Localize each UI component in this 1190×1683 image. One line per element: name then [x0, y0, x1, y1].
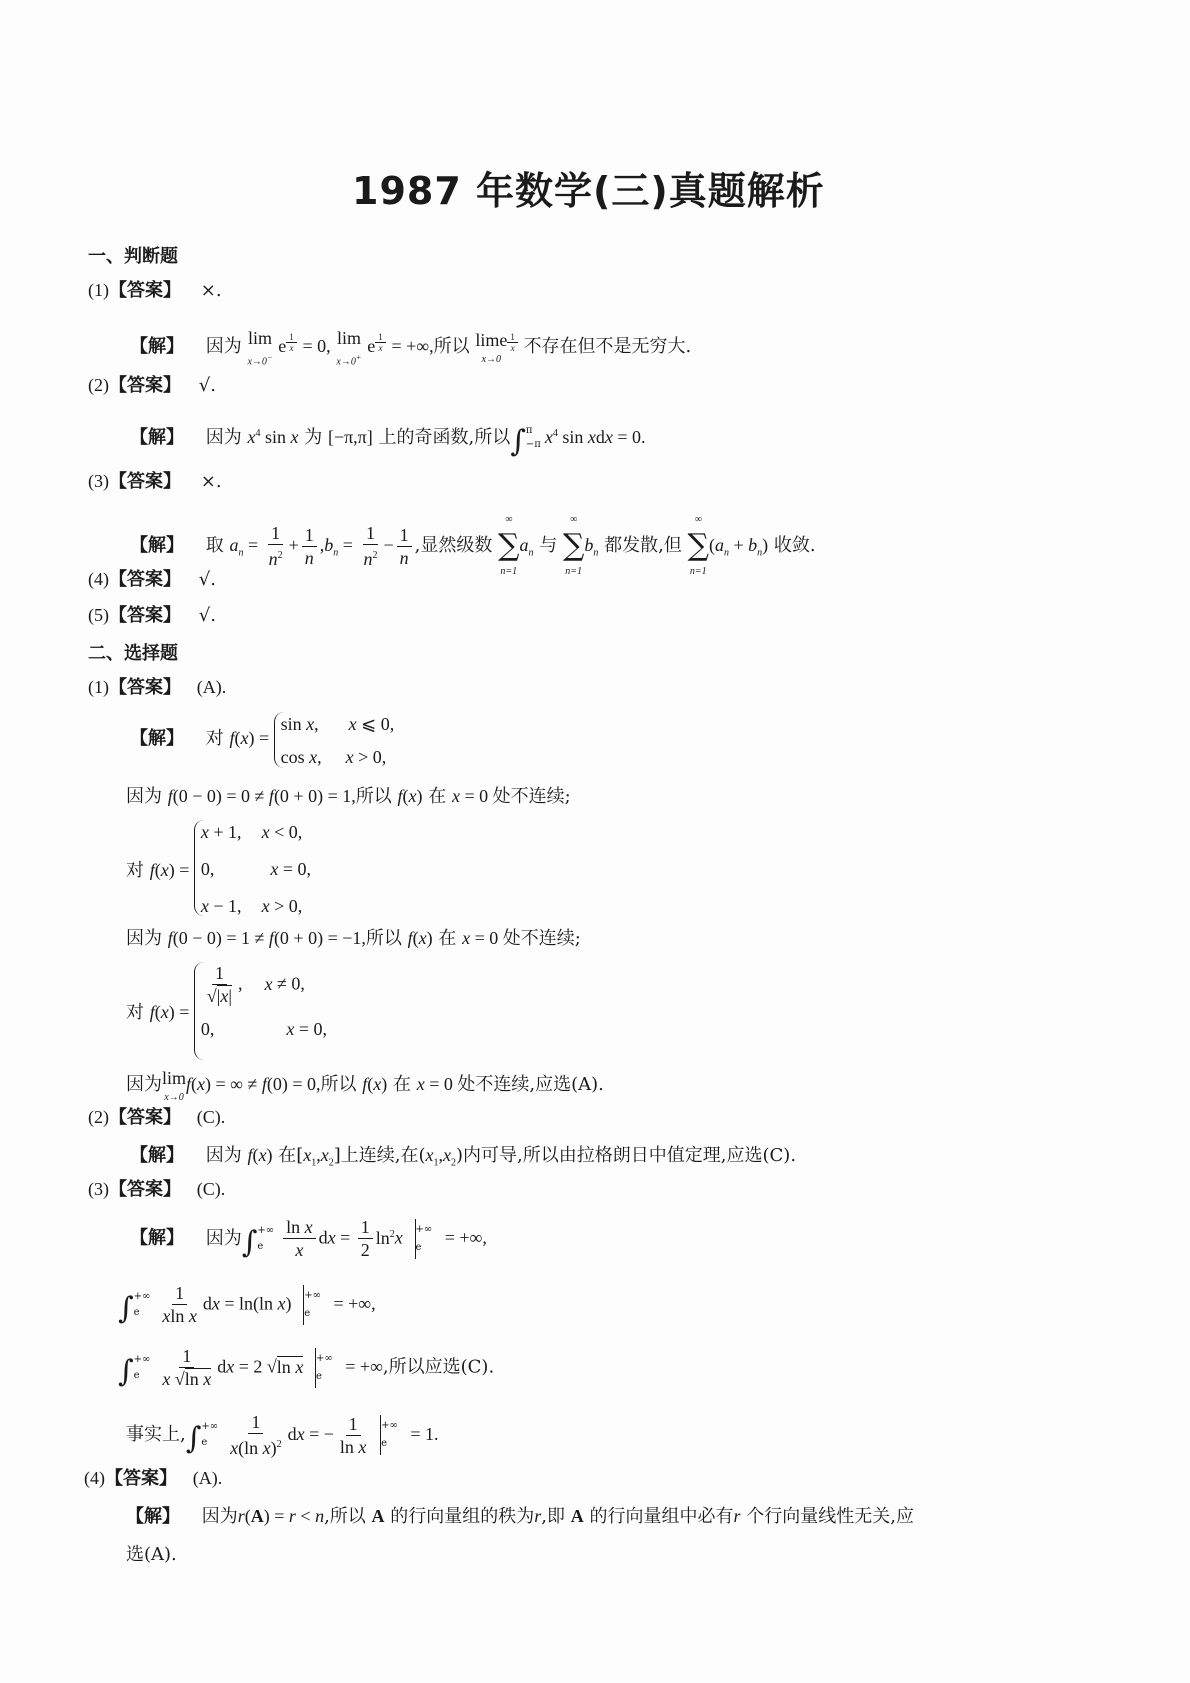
- page-title: 1987 年数学(三)真题解析: [352, 160, 825, 215]
- answer-value: √.: [199, 605, 216, 626]
- s2-q3-integral-4: 事实上,∫+∞e1x(ln x)2dx = −1ln x +∞e = 1.: [126, 1411, 439, 1459]
- s1-q1-answer: (1)【答案】 ×.: [88, 278, 222, 303]
- section-heading-judgement: 一、判断题: [88, 242, 178, 268]
- answer-value: (C).: [197, 1179, 226, 1199]
- s2-q4-answer: (4)【答案】 (A).: [84, 1466, 222, 1491]
- answer-value: (A).: [197, 677, 227, 697]
- s2-q2-answer: (2)【答案】 (C).: [88, 1105, 225, 1130]
- s1-q5-answer: (5)【答案】 √.: [88, 603, 216, 628]
- s2-q1-reason-1: 因为 f(0 − 0) = 0 ≠ f(0 + 0) = 1,所以 f(x) 在…: [126, 784, 571, 809]
- s2-q1-piecewise-3: 对 f(x) = 1√|x|,x ≠ 0, 0,x = 0,: [126, 962, 327, 1060]
- s2-q1-answer: (1)【答案】 (A).: [88, 675, 226, 700]
- s2-q3-answer: (3)【答案】 (C).: [88, 1177, 225, 1202]
- s2-q4-solution-cont: 选(A).: [126, 1543, 177, 1567]
- s2-q3-integral-1: 【解】 因为∫+∞eln xxdx = 12ln2x +∞e = +∞,: [130, 1216, 487, 1261]
- s1-q4-answer: (4)【答案】 √.: [88, 567, 216, 592]
- s2-q2-solution: 【解】 因为 f(x) 在[x1,x2]上连续,在(x1,x2)内可导,所以由拉…: [130, 1143, 796, 1176]
- s1-q2-solution: 【解】 因为 x4 sin x 为 [−π,π] 上的奇函数,所以∫π−πx4 …: [130, 422, 646, 454]
- s1-q3-solution: 【解】 取 an = 1n2+1n,bn = 1n2−1n,显然级数 ∞∑n=1…: [130, 508, 816, 584]
- s2-q3-integral-2: ∫+∞e1xln xdx = ln(ln x) +∞e = +∞,: [118, 1282, 376, 1327]
- s2-q1-piecewise-2: 对 f(x) = x + 1,x < 0, 0,x = 0, x − 1,x >…: [126, 820, 311, 916]
- s2-q3-integral-3: ∫+∞e1x √ln xdx = 2 √ln x +∞e = +∞,所以应选(C…: [118, 1345, 494, 1390]
- s2-q4-solution: 【解】 因为r(A) = r < n,所以 A 的行向量组的秩为r,即 A 的行…: [126, 1504, 914, 1529]
- s2-q1-conclusion: 因为limx→0f(x) = ∞ ≠ f(0) = 0,所以 f(x) 在 x …: [126, 1066, 604, 1104]
- s2-q1-reason-2: 因为 f(0 − 0) = 1 ≠ f(0 + 0) = −1,所以 f(x) …: [126, 926, 581, 951]
- answer-value: (C).: [197, 1107, 226, 1127]
- s1-q3-answer: (3)【答案】 ×.: [88, 469, 222, 494]
- answer-value: √.: [199, 375, 216, 396]
- s1-q2-answer: (2)【答案】 √.: [88, 373, 216, 398]
- s2-q1-piecewise-1: 【解】 对 f(x) = sin x,x ⩽ 0, cos x,x > 0,: [130, 712, 394, 768]
- s1-q1-solution: 【解】 因为 limx→0− e1x = 0, limx→0+ e1x = +∞…: [130, 326, 691, 368]
- answer-value: ×.: [201, 471, 222, 492]
- section-heading-choice: 二、选择题: [88, 639, 178, 665]
- answer-value: (A).: [193, 1468, 223, 1488]
- answer-value: √.: [199, 569, 216, 590]
- answer-value: ×.: [201, 280, 222, 301]
